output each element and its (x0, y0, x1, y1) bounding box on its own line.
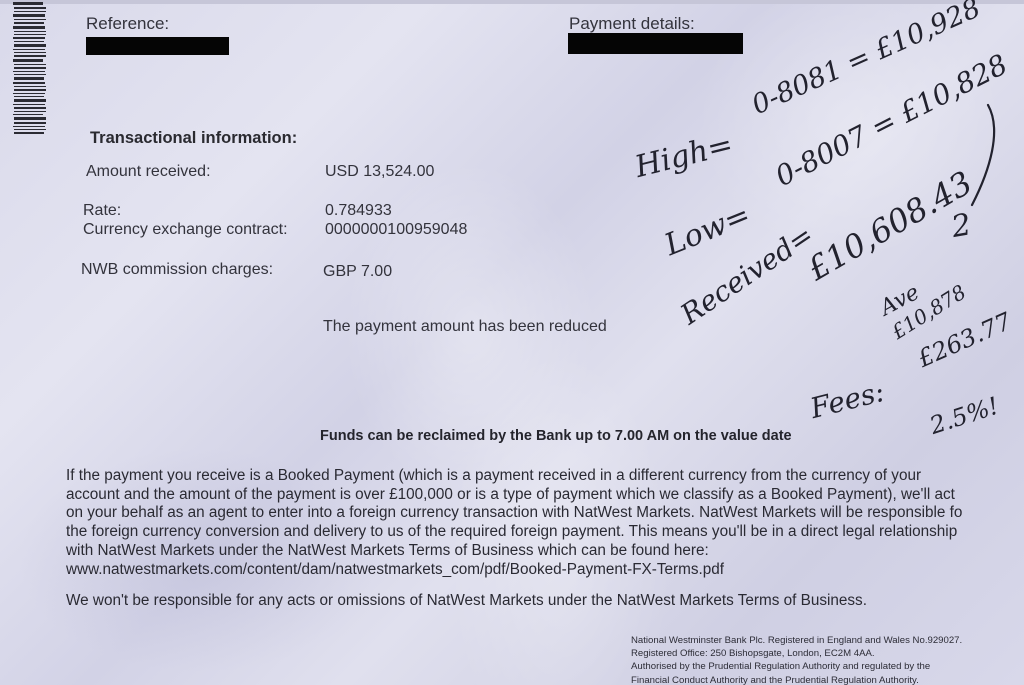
reduced-notice: The payment amount has been reduced (323, 318, 607, 336)
legal-footer: National Westminster Bank Plc. Registere… (631, 634, 962, 685)
commission-value: GBP 7.00 (323, 263, 392, 281)
rate-value: 0.784933 (325, 202, 392, 220)
reclaim-notice: Funds can be reclaimed by the Bank up to… (320, 428, 792, 444)
handwritten-low-label: Low= (660, 197, 755, 263)
paragraph-line: on your behalf as an agent to enter into… (66, 504, 1024, 523)
paragraph-line: with NatWest Markets under the NatWest M… (66, 542, 1024, 561)
reference-redaction (86, 37, 229, 55)
amount-received-label: Amount received: (86, 163, 211, 181)
footer-line: Registered Office: 250 Bishopsgate, Lond… (631, 647, 962, 660)
footer-line: National Westminster Bank Plc. Registere… (631, 634, 962, 647)
booked-payment-paragraph: If the payment you receive is a Booked P… (66, 467, 1024, 579)
paper-top-edge (0, 0, 1024, 4)
payment-details-label: Payment details: (569, 14, 695, 34)
section-title: Transactional information: (90, 129, 297, 148)
paragraph-line: the foreign currency conversion and deli… (66, 523, 1024, 542)
barcode (12, 0, 46, 134)
reference-label: Reference: (86, 14, 169, 34)
footer-line: Financial Conduct Authority and the Prud… (631, 674, 962, 685)
rate-label: Rate: (83, 202, 121, 220)
handwritten-fees-percent: 2.5%! (926, 392, 1002, 440)
footer-line: Authorised by the Prudential Regulation … (631, 660, 962, 673)
paper-texture (0, 0, 1024, 685)
amount-received-value: USD 13,524.00 (325, 163, 434, 181)
paragraph-line: If the payment you receive is a Booked P… (66, 467, 1024, 486)
commission-label: NWB commission charges: (81, 261, 273, 279)
terms-url: www.natwestmarkets.com/content/dam/natwe… (66, 561, 1024, 580)
handwritten-fees-label: Fees: (807, 375, 888, 425)
paragraph-line: account and the amount of the payment is… (66, 486, 1024, 505)
handwritten-high-label: High= (632, 127, 737, 185)
contract-label: Currency exchange contract: (83, 221, 288, 239)
liability-notice: We won't be responsible for any acts or … (66, 592, 867, 610)
payment-details-redaction (568, 33, 743, 54)
contract-value: 0000000100959048 (325, 221, 467, 239)
